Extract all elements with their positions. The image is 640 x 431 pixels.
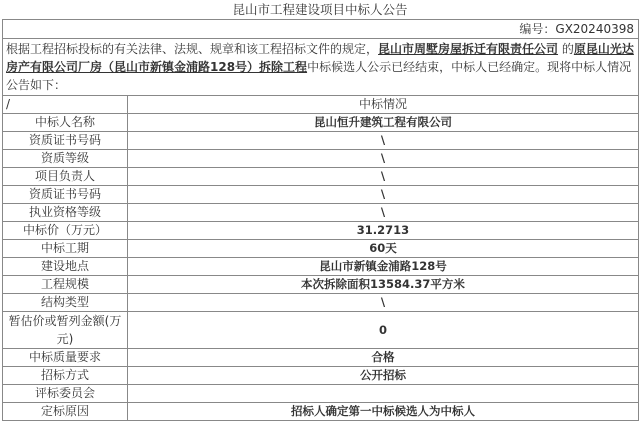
row-label: 执业资格等级 — [3, 204, 128, 222]
row-label: 建设地点 — [3, 258, 128, 276]
table-row: 定标原因 招标人确定第一中标候选人为中标人 — [3, 403, 638, 421]
intro-text-1: 根据工程招标投标的有关法律、法规、规章和该工程招标文件的规定， — [6, 42, 378, 56]
row-label: 定标原因 — [3, 403, 128, 421]
table-row: 中标工期 60天 — [3, 240, 638, 258]
table-row: 结构类型 \ — [3, 294, 638, 312]
row-value: 招标人确定第一中标候选人为中标人 — [128, 403, 639, 421]
row-value: 昆山恒升建筑工程有限公司 — [128, 114, 639, 132]
row-label: 中标工期 — [3, 240, 128, 258]
row-label: 项目负责人 — [3, 168, 128, 186]
header-corner: / — [3, 96, 128, 114]
row-label: 工程规模 — [3, 276, 128, 294]
row-label: 资质等级 — [3, 150, 128, 168]
row-value: 公开招标 — [128, 367, 639, 385]
table-row: 资质证书号码 \ — [3, 132, 638, 150]
row-label: 招标方式 — [3, 367, 128, 385]
intro-paragraph: 根据工程招标投标的有关法律、法规、规章和该工程招标文件的规定，昆山市周墅房屋拆迁… — [3, 39, 638, 96]
row-value: \ — [128, 294, 639, 312]
row-value: \ — [128, 132, 639, 150]
row-label: 暂估价或暂列金额(万元) — [3, 312, 128, 349]
row-value — [128, 385, 639, 403]
table-row: 建设地点 昆山市新镇金浦路128号 — [3, 258, 638, 276]
row-value: 31.2713 — [128, 222, 639, 240]
row-value: 昆山市新镇金浦路128号 — [128, 258, 639, 276]
row-label: 资质证书号码 — [3, 186, 128, 204]
intro-text-2: 的 — [558, 42, 574, 56]
announcement-number: 编号：GX20240398 — [3, 20, 638, 39]
table-row: 招标方式 公开招标 — [3, 367, 638, 385]
row-value: \ — [128, 186, 639, 204]
row-label: 中标人名称 — [3, 114, 128, 132]
row-value: 合格 — [128, 349, 639, 367]
header-award-info: 中标情况 — [128, 96, 639, 114]
row-label: 结构类型 — [3, 294, 128, 312]
row-label: 资质证书号码 — [3, 132, 128, 150]
award-table: / 中标情况 中标人名称 昆山恒升建筑工程有限公司 资质证书号码 \ 资质等级 … — [3, 96, 638, 421]
table-row: 项目负责人 \ — [3, 168, 638, 186]
table-row: 工程规模 本次拆除面积13584.37平方米 — [3, 276, 638, 294]
row-label: 中标价（万元） — [3, 222, 128, 240]
row-value: 0 — [128, 312, 639, 349]
table-row: 暂估价或暂列金额(万元) 0 — [3, 312, 638, 349]
row-value: 60天 — [128, 240, 639, 258]
tenderer-name: 昆山市周墅房屋拆迁有限责任公司 — [378, 42, 558, 56]
table-row: 资质证书号码 \ — [3, 186, 638, 204]
table-row: 中标价（万元） 31.2713 — [3, 222, 638, 240]
table-header-row: / 中标情况 — [3, 96, 638, 114]
table-row: 中标质量要求 合格 — [3, 349, 638, 367]
row-label: 中标质量要求 — [3, 349, 128, 367]
table-row: 执业资格等级 \ — [3, 204, 638, 222]
row-label: 评标委员会 — [3, 385, 128, 403]
row-value: 本次拆除面积13584.37平方米 — [128, 276, 639, 294]
row-value: \ — [128, 168, 639, 186]
table-row: 中标人名称 昆山恒升建筑工程有限公司 — [3, 114, 638, 132]
table-row: 评标委员会 — [3, 385, 638, 403]
row-value: \ — [128, 150, 639, 168]
table-row: 资质等级 \ — [3, 150, 638, 168]
row-value: \ — [128, 204, 639, 222]
page-title: 昆山市工程建设项目中标人公告 — [0, 0, 640, 19]
announcement-box: 编号：GX20240398 根据工程招标投标的有关法律、法规、规章和该工程招标文… — [2, 19, 639, 421]
